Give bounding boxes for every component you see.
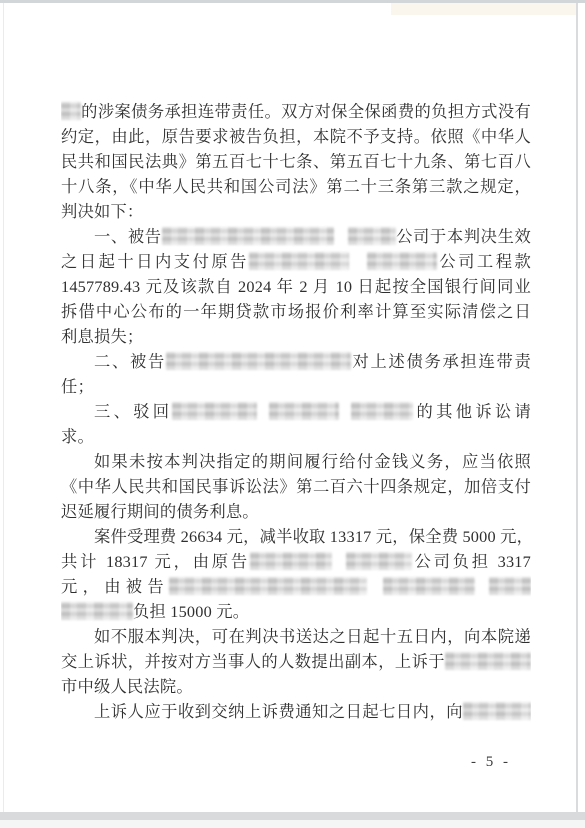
text-segment: 之日起十日内支付原告	[61, 252, 249, 271]
text-line: 十八条，《中华人民共和国公司法》第二十三条第三款之规定，	[61, 174, 531, 199]
redaction-box	[348, 227, 396, 245]
redaction-box	[169, 577, 367, 595]
redaction-box	[249, 252, 349, 270]
text-line: 约定，由此，原告要求被告负担，本院不予支持。依照《中华人	[61, 124, 531, 149]
text-segment: 十八条，《中华人民共和国公司法》第二十三条第三款之规定，	[61, 177, 531, 196]
text-line: 如不服本判决，可在判决书送达之日起十五日内，向本院递	[61, 624, 531, 649]
text-segment: 交上诉状，并按对方当事人的人数提出副本，上诉于	[61, 652, 445, 671]
text-segment: 案件受理费 26634 元，减半收取 13317 元，保全费 5000 元，	[94, 527, 531, 546]
text-line: 交上诉状，并按对方当事人的人数提出副本，上诉于	[61, 649, 531, 674]
redaction-box	[269, 402, 339, 420]
text-segment: 如果未按本判决指定的期间履行给付金钱义务，应当依照	[94, 452, 531, 471]
redaction-gap	[334, 241, 348, 242]
text-segment: 如不服本判决，可在判决书送达之日起十五日内，向本院递	[94, 627, 531, 646]
paper-tint	[391, 3, 576, 15]
redaction-box	[61, 102, 81, 120]
text-line: 的涉案债务承担连带责任。双方对保全保函费的负担方式没有	[61, 99, 531, 124]
page-right-edge	[576, 3, 578, 818]
text-line: 负担 15000 元。	[61, 599, 531, 624]
redaction-box	[61, 602, 133, 620]
page-bottom-edge	[0, 812, 585, 820]
text-line: 求。	[61, 424, 531, 449]
redaction-box	[463, 702, 531, 720]
text-segment: 拆借中心公布的一年期贷款市场报价利率计算至实际清偿之日	[61, 302, 531, 321]
text-segment: 市中级人民法院。	[61, 677, 193, 696]
text-line: 共计 18317 元，由原告公司负担 3317	[61, 549, 531, 574]
text-segment: 迟延履行期间的债务利息。	[61, 502, 259, 521]
text-segment: 任；	[61, 377, 94, 396]
redaction-box	[367, 252, 437, 270]
text-line: 如果未按本判决指定的期间履行给付金钱义务，应当依照	[61, 449, 531, 474]
text-segment: 求。	[61, 427, 94, 446]
text-line: 判决如下：	[61, 199, 531, 224]
text-segment: 《中华人民共和国民事诉讼法》第二百六十四条规定，加倍支付	[61, 477, 531, 496]
redaction-gap	[367, 591, 383, 592]
redaction-gap	[257, 416, 269, 417]
text-line: 上诉人应于收到交纳上诉费通知之日起七日内，向	[61, 699, 531, 724]
redaction-box	[250, 552, 332, 570]
redaction-box	[166, 352, 351, 370]
text-segment: 元，由被告	[61, 577, 169, 596]
document-lines: 的涉案债务承担连带责任。双方对保全保函费的负担方式没有约定，由此，原告要求被告负…	[61, 99, 531, 724]
text-line: 之日起十日内支付原告公司工程款	[61, 249, 531, 274]
text-segment: 的涉案债务承担连带责任。双方对保全保函费的负担方式没有	[81, 102, 531, 121]
text-line: 市中级人民法院。	[61, 674, 531, 699]
redaction-box	[172, 402, 257, 420]
redaction-box	[445, 652, 531, 670]
text-line: 一、被告公司于本判决生效	[61, 224, 531, 249]
text-segment: 判决如下：	[61, 202, 143, 221]
text-line: 《中华人民共和国民事诉讼法》第二百六十四条规定，加倍支付	[61, 474, 531, 499]
redaction-box	[162, 227, 334, 245]
redaction-box	[351, 402, 413, 420]
page-number: - 5 -	[471, 754, 511, 771]
text-line: 迟延履行期间的债务利息。	[61, 499, 531, 524]
text-segment: 民共和国民法典》第五百七十七条、第五百七十九条、第七百八	[61, 152, 531, 171]
text-line: 元，由被告	[61, 574, 531, 599]
text-line: 利息损失；	[61, 324, 531, 349]
text-segment: 利息损失；	[61, 327, 143, 346]
redaction-box	[489, 577, 531, 595]
judgment-page: 的涉案债务承担连带责任。双方对保全保函费的负担方式没有约定，由此，原告要求被告负…	[0, 0, 585, 820]
text-line: 三、驳回的其他诉讼请	[61, 399, 531, 424]
redaction-gap	[475, 591, 489, 592]
text-segment: 二、被告	[94, 352, 166, 371]
text-segment: 约定，由此，原告要求被告负担，本院不予支持。依照《中华人	[61, 127, 531, 146]
page-left-edge	[3, 3, 4, 818]
text-line: 拆借中心公布的一年期贷款市场报价利率计算至实际清偿之日	[61, 299, 531, 324]
text-line: 民共和国民法典》第五百七十七条、第五百七十九条、第七百八	[61, 149, 531, 174]
text-line: 任；	[61, 374, 531, 399]
text-segment: 上诉人应于收到交纳上诉费通知之日起七日内，向	[94, 702, 463, 721]
text-line: 二、被告对上述债务承担连带责	[61, 349, 531, 374]
text-segment: 一、被告	[94, 227, 162, 246]
redaction-box	[346, 552, 412, 570]
text-segment: 共计 18317 元，由原告	[61, 552, 250, 571]
text-segment: 的其他诉讼请	[413, 402, 531, 421]
text-segment: 1457789.43 元及该款自 2024 年 2 月 10 日起按全国银行间同…	[61, 277, 531, 296]
text-segment: 公司工程款	[437, 252, 531, 271]
text-segment: 公司负担 3317	[412, 552, 531, 571]
redaction-gap	[349, 266, 367, 267]
text-segment: 三、驳回	[94, 402, 172, 421]
redaction-box	[383, 577, 475, 595]
redaction-gap	[339, 416, 351, 417]
text-line: 案件受理费 26634 元，减半收取 13317 元，保全费 5000 元，	[61, 524, 531, 549]
text-segment: 对上述债务承担连带责	[351, 352, 531, 371]
text-segment: 公司于本判决生效	[396, 227, 531, 246]
text-segment: 负担 15000 元。	[133, 602, 249, 621]
redaction-gap	[332, 566, 346, 567]
text-line: 1457789.43 元及该款自 2024 年 2 月 10 日起按全国银行间同…	[61, 274, 531, 299]
